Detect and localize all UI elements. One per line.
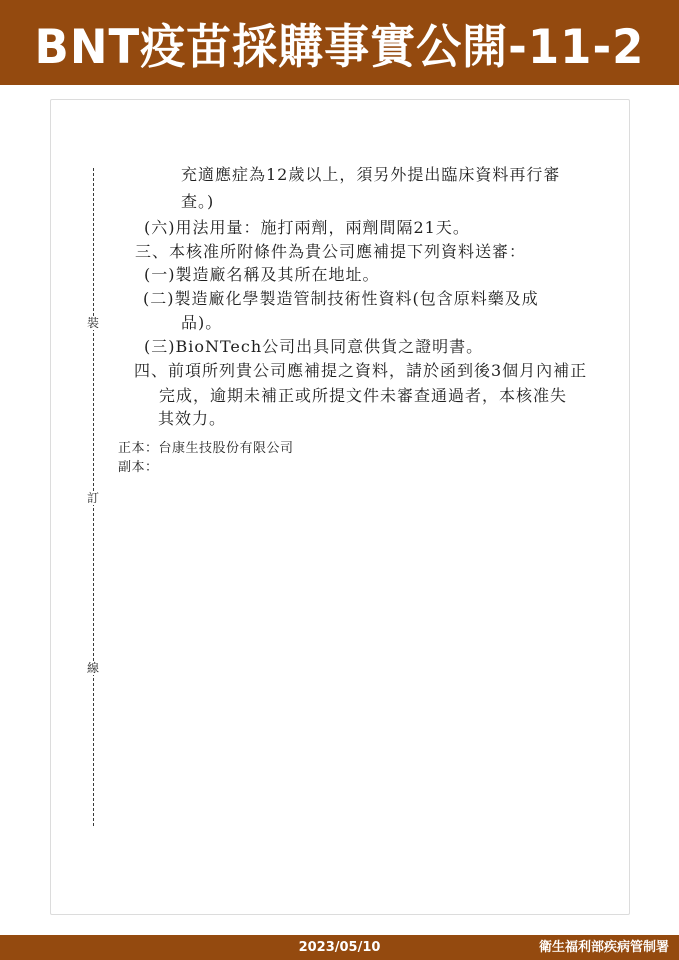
document-page: 裝 訂 線 充適應症為12歲以上，須另外提出臨床資料再行審 查。) (六)用法用… (50, 99, 630, 915)
binding-mark-ding: 訂 (85, 491, 101, 505)
binding-mark-zhuang: 裝 (85, 316, 101, 330)
body-line-5: (一)製造廠名稱及其所在地址。 (144, 265, 380, 285)
body-line-3: (六)用法用量：施打兩劑，兩劑間隔21天。 (144, 218, 470, 238)
body-line-9: 四、前項所列貴公司應補提之資料，請於函到後3個月內補正 (134, 361, 587, 381)
body-line-4: 三、本核准所附條件為貴公司應補提下列資料送審： (135, 242, 526, 262)
footer-agency: 衛生福利部疾病管制署 (539, 935, 669, 960)
body-line-2: 查。) (181, 192, 214, 212)
page-title: BNT疫苗採購事實公開-11-2 (35, 8, 645, 76)
body-line-10: 完成，逾期未補正或所提文件未審查通過者，本核准失 (159, 386, 567, 406)
binding-mark-xian: 線 (85, 661, 101, 675)
recipient-original: 正本：台康生技股份有限公司 (118, 439, 294, 459)
header-banner: BNT疫苗採購事實公開-11-2 (0, 0, 679, 85)
body-line-1: 充適應症為12歲以上，須另外提出臨床資料再行審 (181, 165, 560, 185)
body-line-11: 其效力。 (158, 409, 226, 429)
body-line-7: 品)。 (181, 313, 222, 333)
body-line-8: (三)BioNTech公司出具同意供貨之證明書。 (144, 337, 483, 357)
recipient-copy: 副本： (118, 458, 159, 478)
body-line-6: (二)製造廠化學製造管制技術性資料(包含原料藥及成 (143, 289, 539, 309)
footer-bar: 2023/05/10 衛生福利部疾病管制署 (0, 935, 679, 960)
